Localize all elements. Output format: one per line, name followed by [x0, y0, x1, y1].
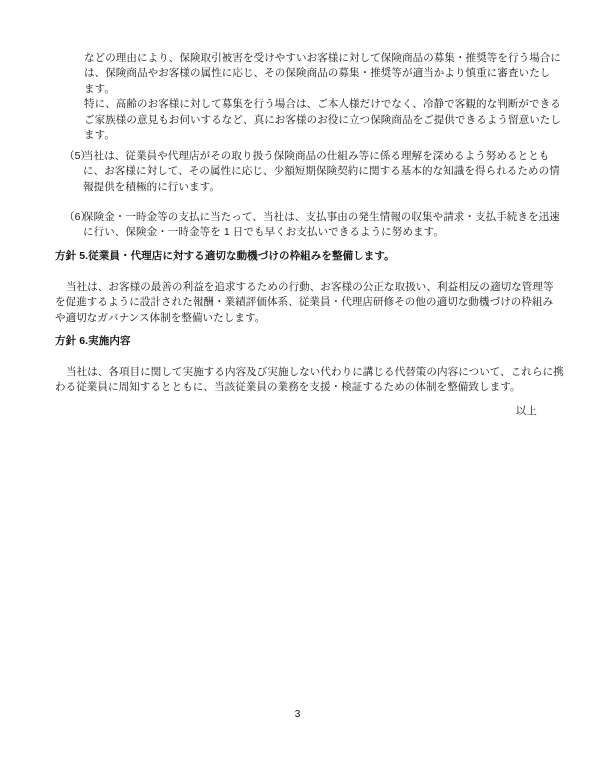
text-line: わる従業員に周知するとともに、当該従業員の業務を支援・検証するための体制を整備致…	[55, 380, 554, 395]
text-line: 保険金・一時金等の支払に当たって、当社は、支払事由の発生情報の収集や請求・支払手…	[64, 210, 554, 225]
text-line: に行い、保険金・一時金等を 1 日でも早くお支払いできるように努めます。	[64, 225, 554, 240]
section-paragraph-policy-5: 当社は、お客様の最善の利益を追求するための行動、お客様の公正な取扱い、利益相反の…	[55, 280, 554, 326]
numbered-item-6: （6） 保険金・一時金等の支払に当たって、当社は、支払事由の発生情報の収集や請求…	[64, 210, 554, 241]
continuation-paragraph: などの理由により、保険取引被害を受けやすいお客様に対して保険商品の募集・推奨等を…	[84, 51, 554, 143]
closing-statement: 以上	[516, 404, 537, 419]
section-heading-policy-6: 方針 6.実施内容	[55, 334, 131, 349]
numbered-item-5: （5） 当社は、従業員や代理店がその取り扱う保険商品の仕組み等に係る理解を深める…	[64, 149, 554, 195]
text-line: を促進するように設計された報酬・業績評価体系、従業員・代理店研修その他の適切な動…	[55, 295, 554, 310]
document-page: などの理由により、保険取引被害を受けやすいお客様に対して保険商品の募集・推奨等を…	[0, 0, 595, 770]
text-line: ます。	[84, 128, 554, 143]
section-heading-policy-5: 方針 5.従業員・代理店に対する適切な動機づけの枠組みを整備します。	[55, 249, 395, 264]
text-line: ご家族様の意見もお伺いするなど、真にお客様のお役に立つ保険商品をご提供できるよう…	[84, 113, 554, 128]
section-paragraph-policy-6: 当社は、各項目に関して実施する内容及び実施しない代わりに講じる代替策の内容につい…	[55, 365, 554, 396]
text-line: 当社は、従業員や代理店がその取り扱う保険商品の仕組み等に係る理解を深めるよう努め…	[64, 149, 554, 164]
text-line: 特に、高齢のお客様に対して募集を行う場合は、ご本人様だけでなく、冷静で客観的な判…	[84, 97, 554, 112]
text-line: に、お客様に対して、その属性に応じ、少額短期保険契約に関する基本的な知識を得られ…	[64, 164, 554, 179]
text-line: 報提供を積極的に行います。	[64, 180, 554, 195]
item-6-marker: （6）	[64, 210, 91, 225]
text-line: や適切なガバナンス体制を整備いたします。	[55, 311, 554, 326]
item-5-marker: （5）	[64, 149, 91, 164]
text-line: などの理由により、保険取引被害を受けやすいお客様に対して保険商品の募集・推奨等を…	[84, 51, 554, 66]
text-line: 当社は、お客様の最善の利益を追求するための行動、お客様の公正な取扱い、利益相反の…	[55, 280, 554, 295]
text-line: は、保険商品やお客様の属性に応じ、その保険商品の募集・推奨等が適当かより慎重に審…	[84, 66, 554, 81]
text-line: 当社は、各項目に関して実施する内容及び実施しない代わりに講じる代替策の内容につい…	[55, 365, 554, 380]
page-number: 3	[0, 709, 595, 720]
text-line: ます。	[84, 82, 554, 97]
